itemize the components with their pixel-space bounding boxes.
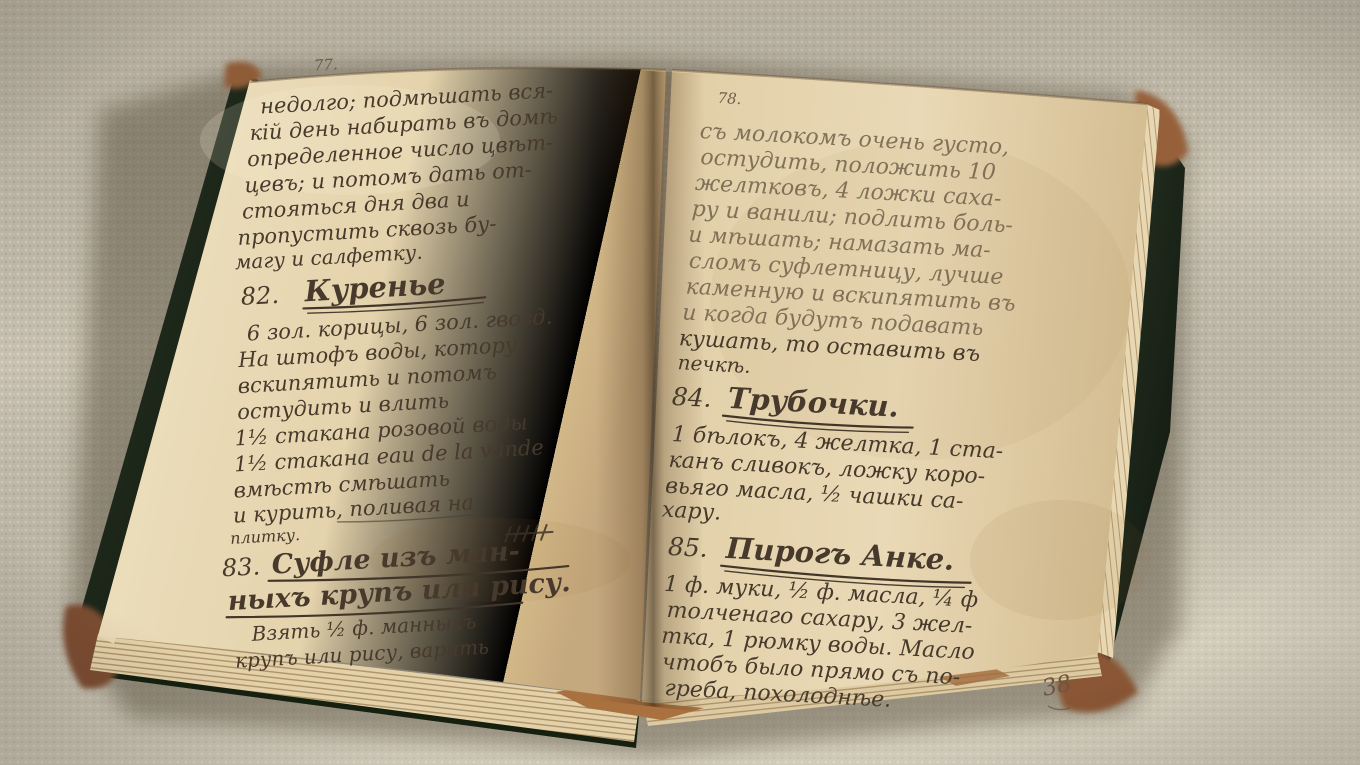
open-handwritten-cookbook-photo: 77. недолго; подмѣшать вся- кій день наб… [0, 0, 1360, 765]
vignette-overlay [0, 0, 1360, 765]
photo-stage: 77. недолго; подмѣшать вся- кій день наб… [0, 0, 1360, 765]
